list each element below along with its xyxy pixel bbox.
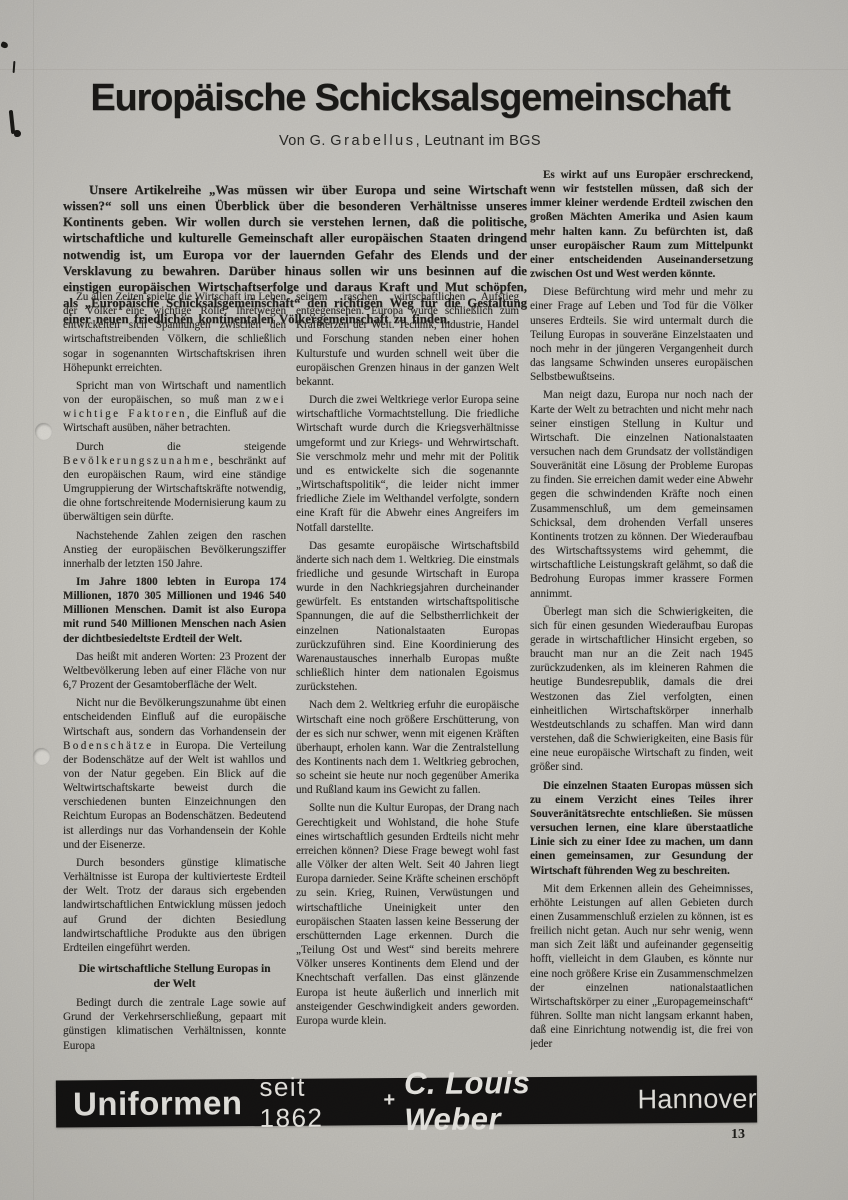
article-paragraph: Spricht man von Wirtschaft und namentlic… bbox=[63, 379, 286, 436]
article-paragraph: Überlegt man sich die Schwierigkeiten, d… bbox=[530, 605, 753, 775]
article-paragraph: Das gesamte europäische Wirtschaftsbild … bbox=[296, 539, 519, 695]
article-paragraph: Durch die zwei Weltkriege verlor Europa … bbox=[296, 393, 519, 535]
article-paragraph: Bedingt durch die zentrale Lage sowie au… bbox=[63, 996, 286, 1053]
article-paragraph: Im Jahre 1800 lebten in Europa 174 Milli… bbox=[63, 575, 286, 646]
ink-speck bbox=[13, 61, 16, 73]
article-paragraph: Es wirkt auf uns Europäer erschreckend, … bbox=[530, 168, 753, 281]
ad-city-name: Hannover bbox=[637, 1084, 757, 1116]
article-paragraph: Durch besonders günstige klimatische Ver… bbox=[63, 856, 286, 955]
article-paragraph: Durch die steigende Bevölkerungszunahme,… bbox=[63, 440, 286, 525]
scanned-magazine-page: Europäische Schicksalsgemeinschaft Von G… bbox=[0, 0, 848, 1200]
article-header: Europäische Schicksalsgemeinschaft Von G… bbox=[60, 0, 760, 149]
page-number: 13 bbox=[731, 1127, 745, 1143]
article-paragraph: Sollte nun die Kultur Europas, der Drang… bbox=[296, 801, 519, 1028]
ad-company-name: C. Louis Weber bbox=[404, 1064, 625, 1138]
letterspaced-text: Bevölkerungszunahme bbox=[63, 455, 210, 467]
article-paragraph: Nicht nur die Bevölkerungszunahme übt ei… bbox=[63, 696, 286, 852]
scan-crease-vertical bbox=[33, 0, 34, 1200]
article-byline: Von G. Grabellus, Leutnant im BGS bbox=[60, 133, 760, 149]
article-column-3: Es wirkt auf uns Europäer erschreckend, … bbox=[530, 168, 753, 1070]
article-paragraph: seinem raschen wirtschaftlichen Aufstieg… bbox=[296, 290, 519, 389]
letterspaced-text: Bodenschätze bbox=[63, 740, 153, 752]
ad-banner: Uniformen seit 1862 + C. Louis Weber Han… bbox=[56, 1076, 757, 1128]
ad-since-text: seit 1862 bbox=[259, 1071, 372, 1134]
article-column-1: Zu allen Zeiten spielte die Wirtschaft i… bbox=[63, 290, 286, 1068]
article-paragraph: Diese Befürchtung wird mehr und mehr zu … bbox=[530, 285, 753, 384]
article-paragraph: Die einzelnen Staaten Europas müssen sic… bbox=[530, 779, 753, 878]
hole-punch-bottom bbox=[33, 748, 50, 765]
letterspaced-text: Grabellus bbox=[330, 133, 415, 149]
page-title: Europäische Schicksalsgemeinschaft bbox=[60, 78, 760, 120]
article-paragraph: Mit dem Erkennen allein des Geheimnisses… bbox=[530, 882, 753, 1052]
section-heading: Die wirtschaftliche Stellung Europas in … bbox=[69, 962, 280, 991]
ad-brand: Uniformen bbox=[73, 1084, 243, 1123]
article-paragraph: Nach dem 2. Weltkrieg erfuhr die europäi… bbox=[296, 698, 519, 797]
article-paragraph: Man neigt dazu, Europa nur noch nach der… bbox=[530, 388, 753, 600]
hole-punch-top bbox=[35, 423, 52, 440]
article-paragraph: Das heißt mit anderen Worten: 23 Prozent… bbox=[63, 650, 286, 692]
article-column-2: seinem raschen wirtschaftlichen Aufstieg… bbox=[296, 290, 519, 1068]
letterspaced-text: zwei wichtige Faktoren bbox=[63, 394, 286, 420]
ink-speck bbox=[14, 130, 21, 137]
ink-speck bbox=[0, 41, 9, 49]
ad-separator-icon: + bbox=[383, 1089, 395, 1112]
article-paragraph: Nachstehende Zahlen zeigen den raschen A… bbox=[63, 529, 286, 571]
article-paragraph: Zu allen Zeiten spielte die Wirtschaft i… bbox=[63, 290, 286, 375]
